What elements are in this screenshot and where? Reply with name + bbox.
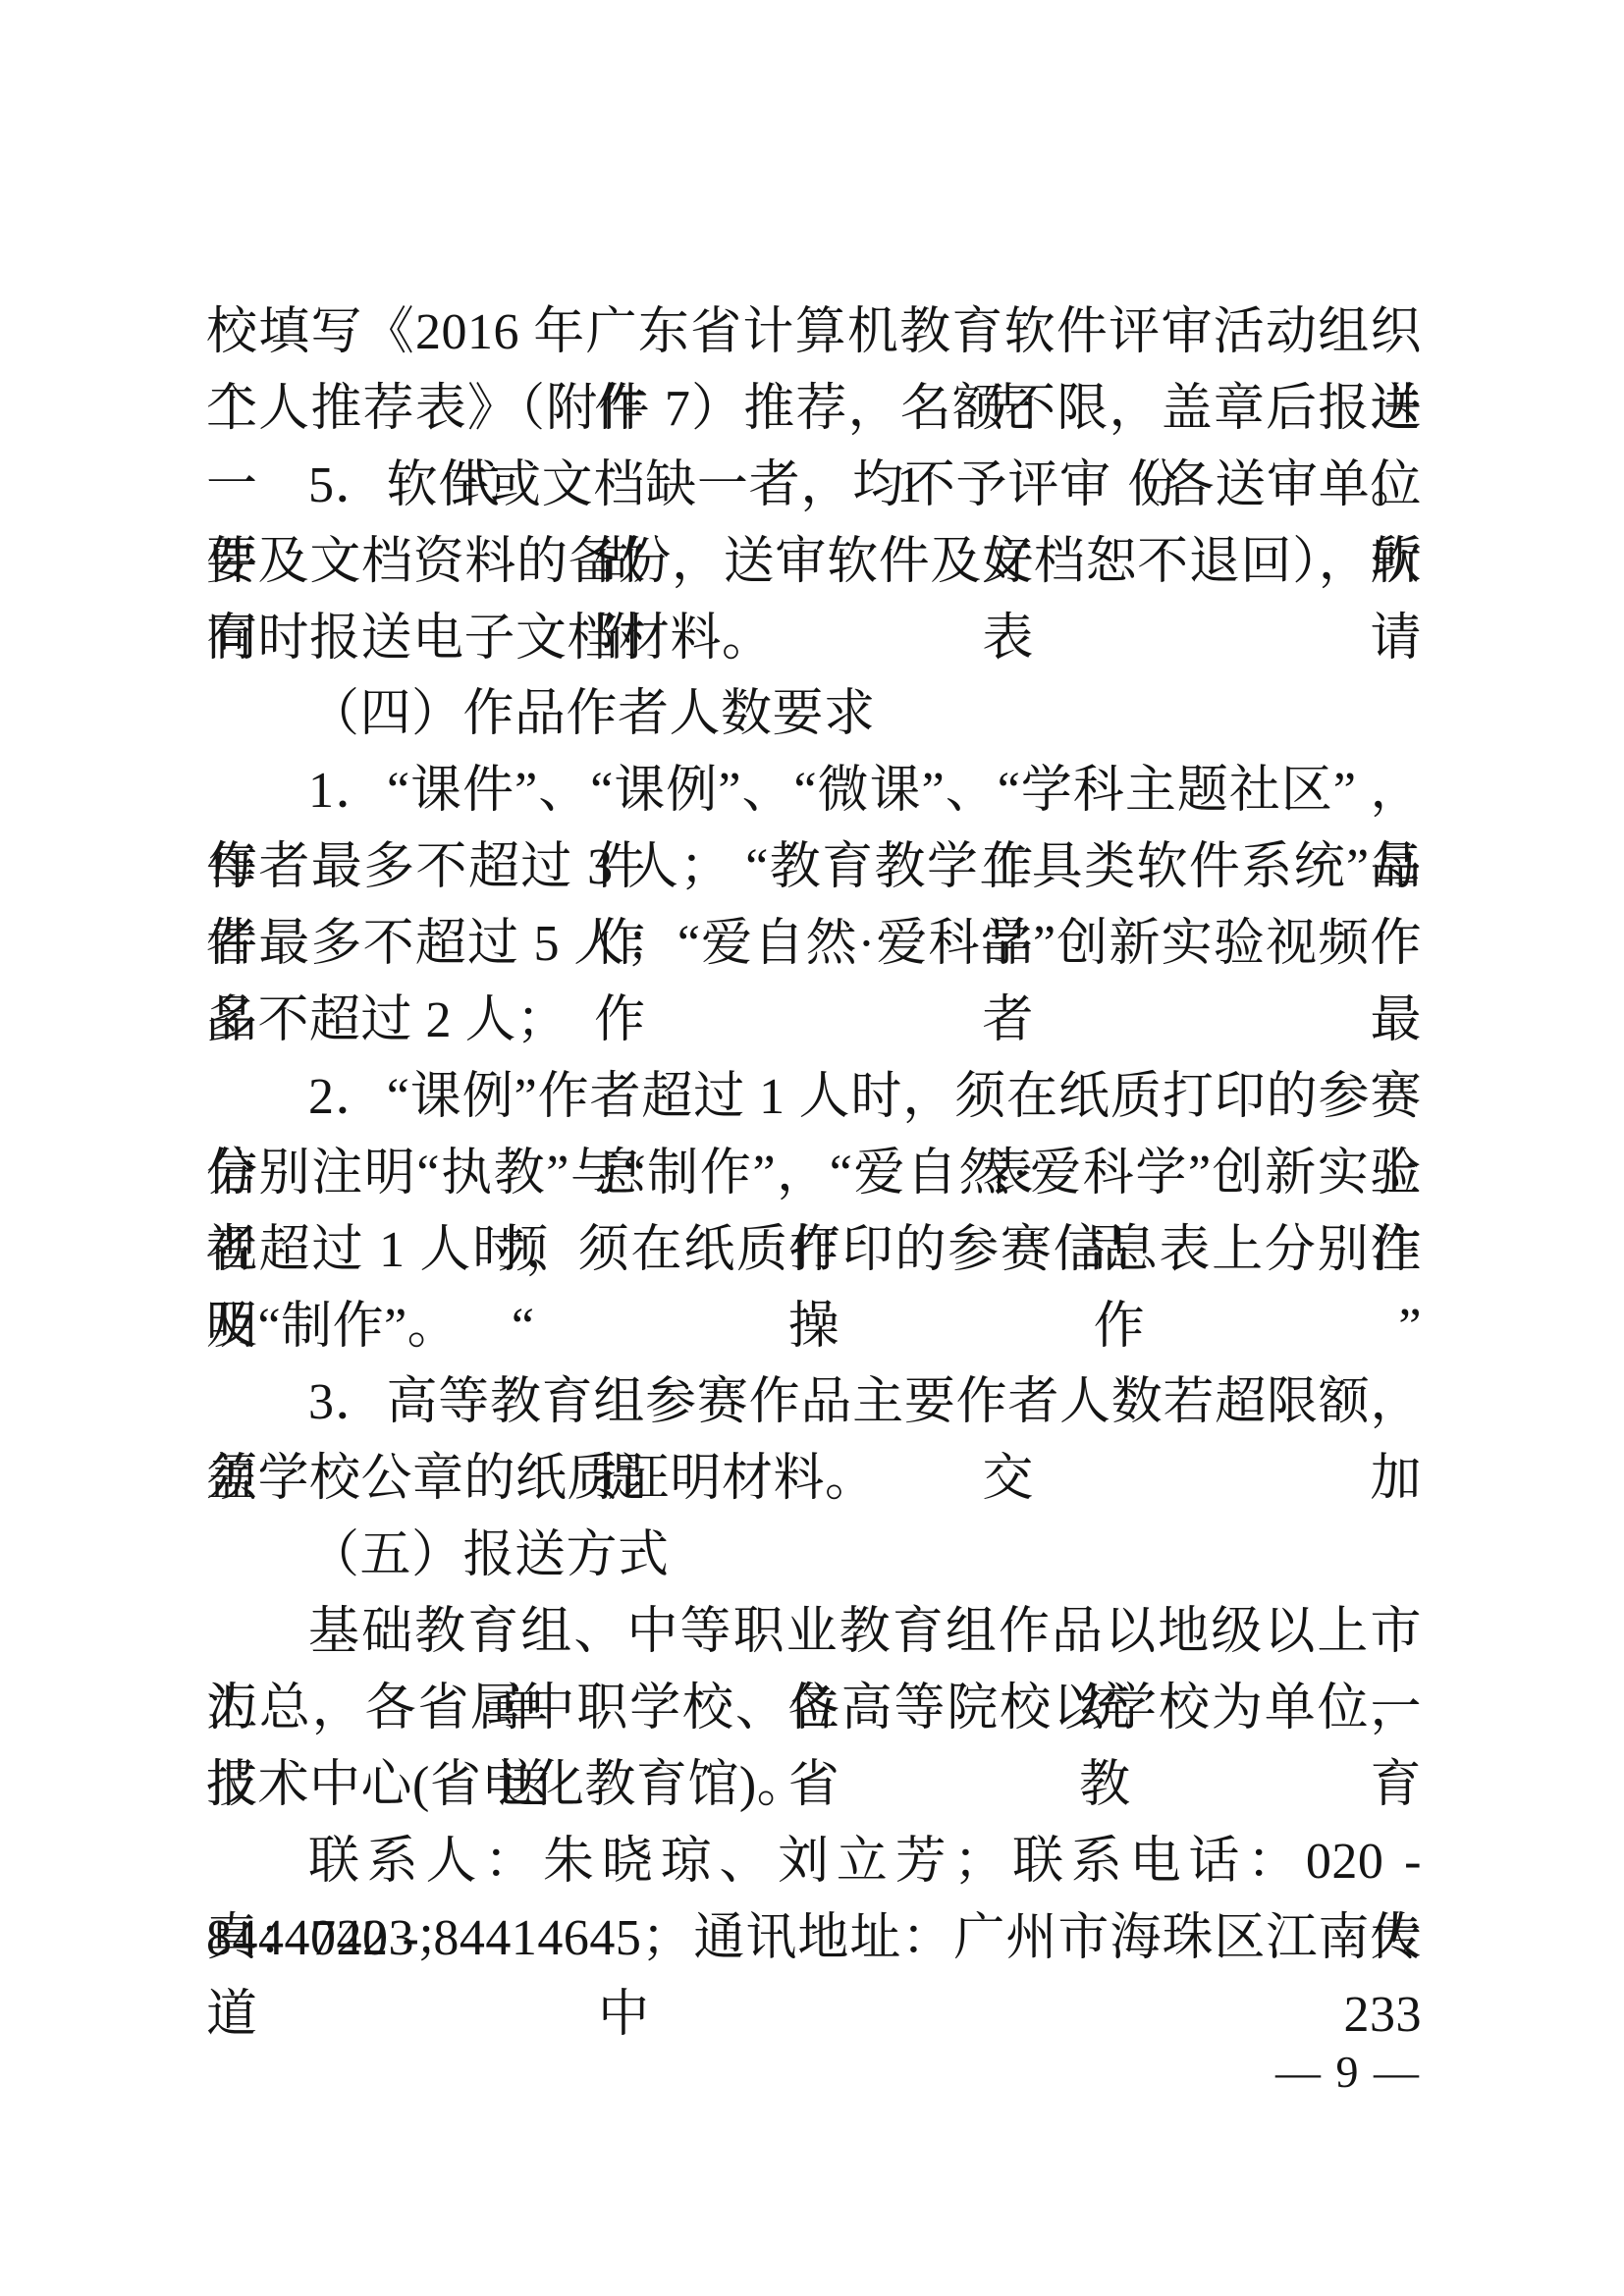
- document-text-block: 校填写《2016 年广东省计算机教育软件评审活动组织工作先进 个人推荐表》（附件…: [206, 294, 1422, 1977]
- text-line: 个人推荐表》（附件 7）推荐，名额不限，盖章后报送一式 1 份。: [206, 371, 1422, 448]
- text-line: 基础教育组、中等职业教育组作品以地级以上市为单位统一: [206, 1594, 1422, 1671]
- text-line: 作者最多不超过 3 人； “教育教学工具类软件系统”每件作品作: [206, 829, 1422, 906]
- text-line: 3．高等教育组参赛作品主要作者人数若超限额，须提交加: [206, 1364, 1422, 1441]
- text-line: 者超过 1 人时，须在纸质打印的参赛信息表上分别注明“操作”: [206, 1212, 1422, 1289]
- text-line: 1．“课件”、“课例”、“微课”、“学科主题社区” ，每件作品: [206, 753, 1422, 829]
- text-line: 联系人：朱晓琼、刘立芳；联系电话：020 - 84447423；传: [206, 1824, 1422, 1900]
- text-line: 汇总，各省属中职学校、各高等院校以学校为单位，报送省教育: [206, 1671, 1422, 1747]
- page-number: — 9 —: [1275, 2050, 1421, 2095]
- text-line: 者最多不超过 5 人；“爱自然·爱科学”创新实验视频作品作者最: [206, 906, 1422, 983]
- document-page: 校填写《2016 年广东省计算机教育软件评审活动组织工作先进 个人推荐表》（附件…: [0, 0, 1624, 2296]
- text-line: 分别注明“执教”与“制作”，“爱自然·爱科学”创新实验视频作品作: [206, 1136, 1422, 1212]
- text-line: 2．“课例”作者超过 1 人时，须在纸质打印的参赛信息表上: [206, 1059, 1422, 1136]
- text-line: 校填写《2016 年广东省计算机教育软件评审活动组织工作先进: [206, 294, 1422, 371]
- text-line: 件及文档资料的备份，送审软件及文档恕不退回），所有附表请: [206, 524, 1422, 601]
- text-line: 5．软件或文档缺一者，均不予评审（各送审单位要做好软: [206, 448, 1422, 524]
- section-heading: （五）报送方式: [206, 1518, 1422, 1594]
- text-line: 真：020 - 84414645；通讯地址：广州市海珠区江南大道中 233: [206, 1900, 1422, 1977]
- section-heading: （四）作品作者人数要求: [206, 676, 1422, 753]
